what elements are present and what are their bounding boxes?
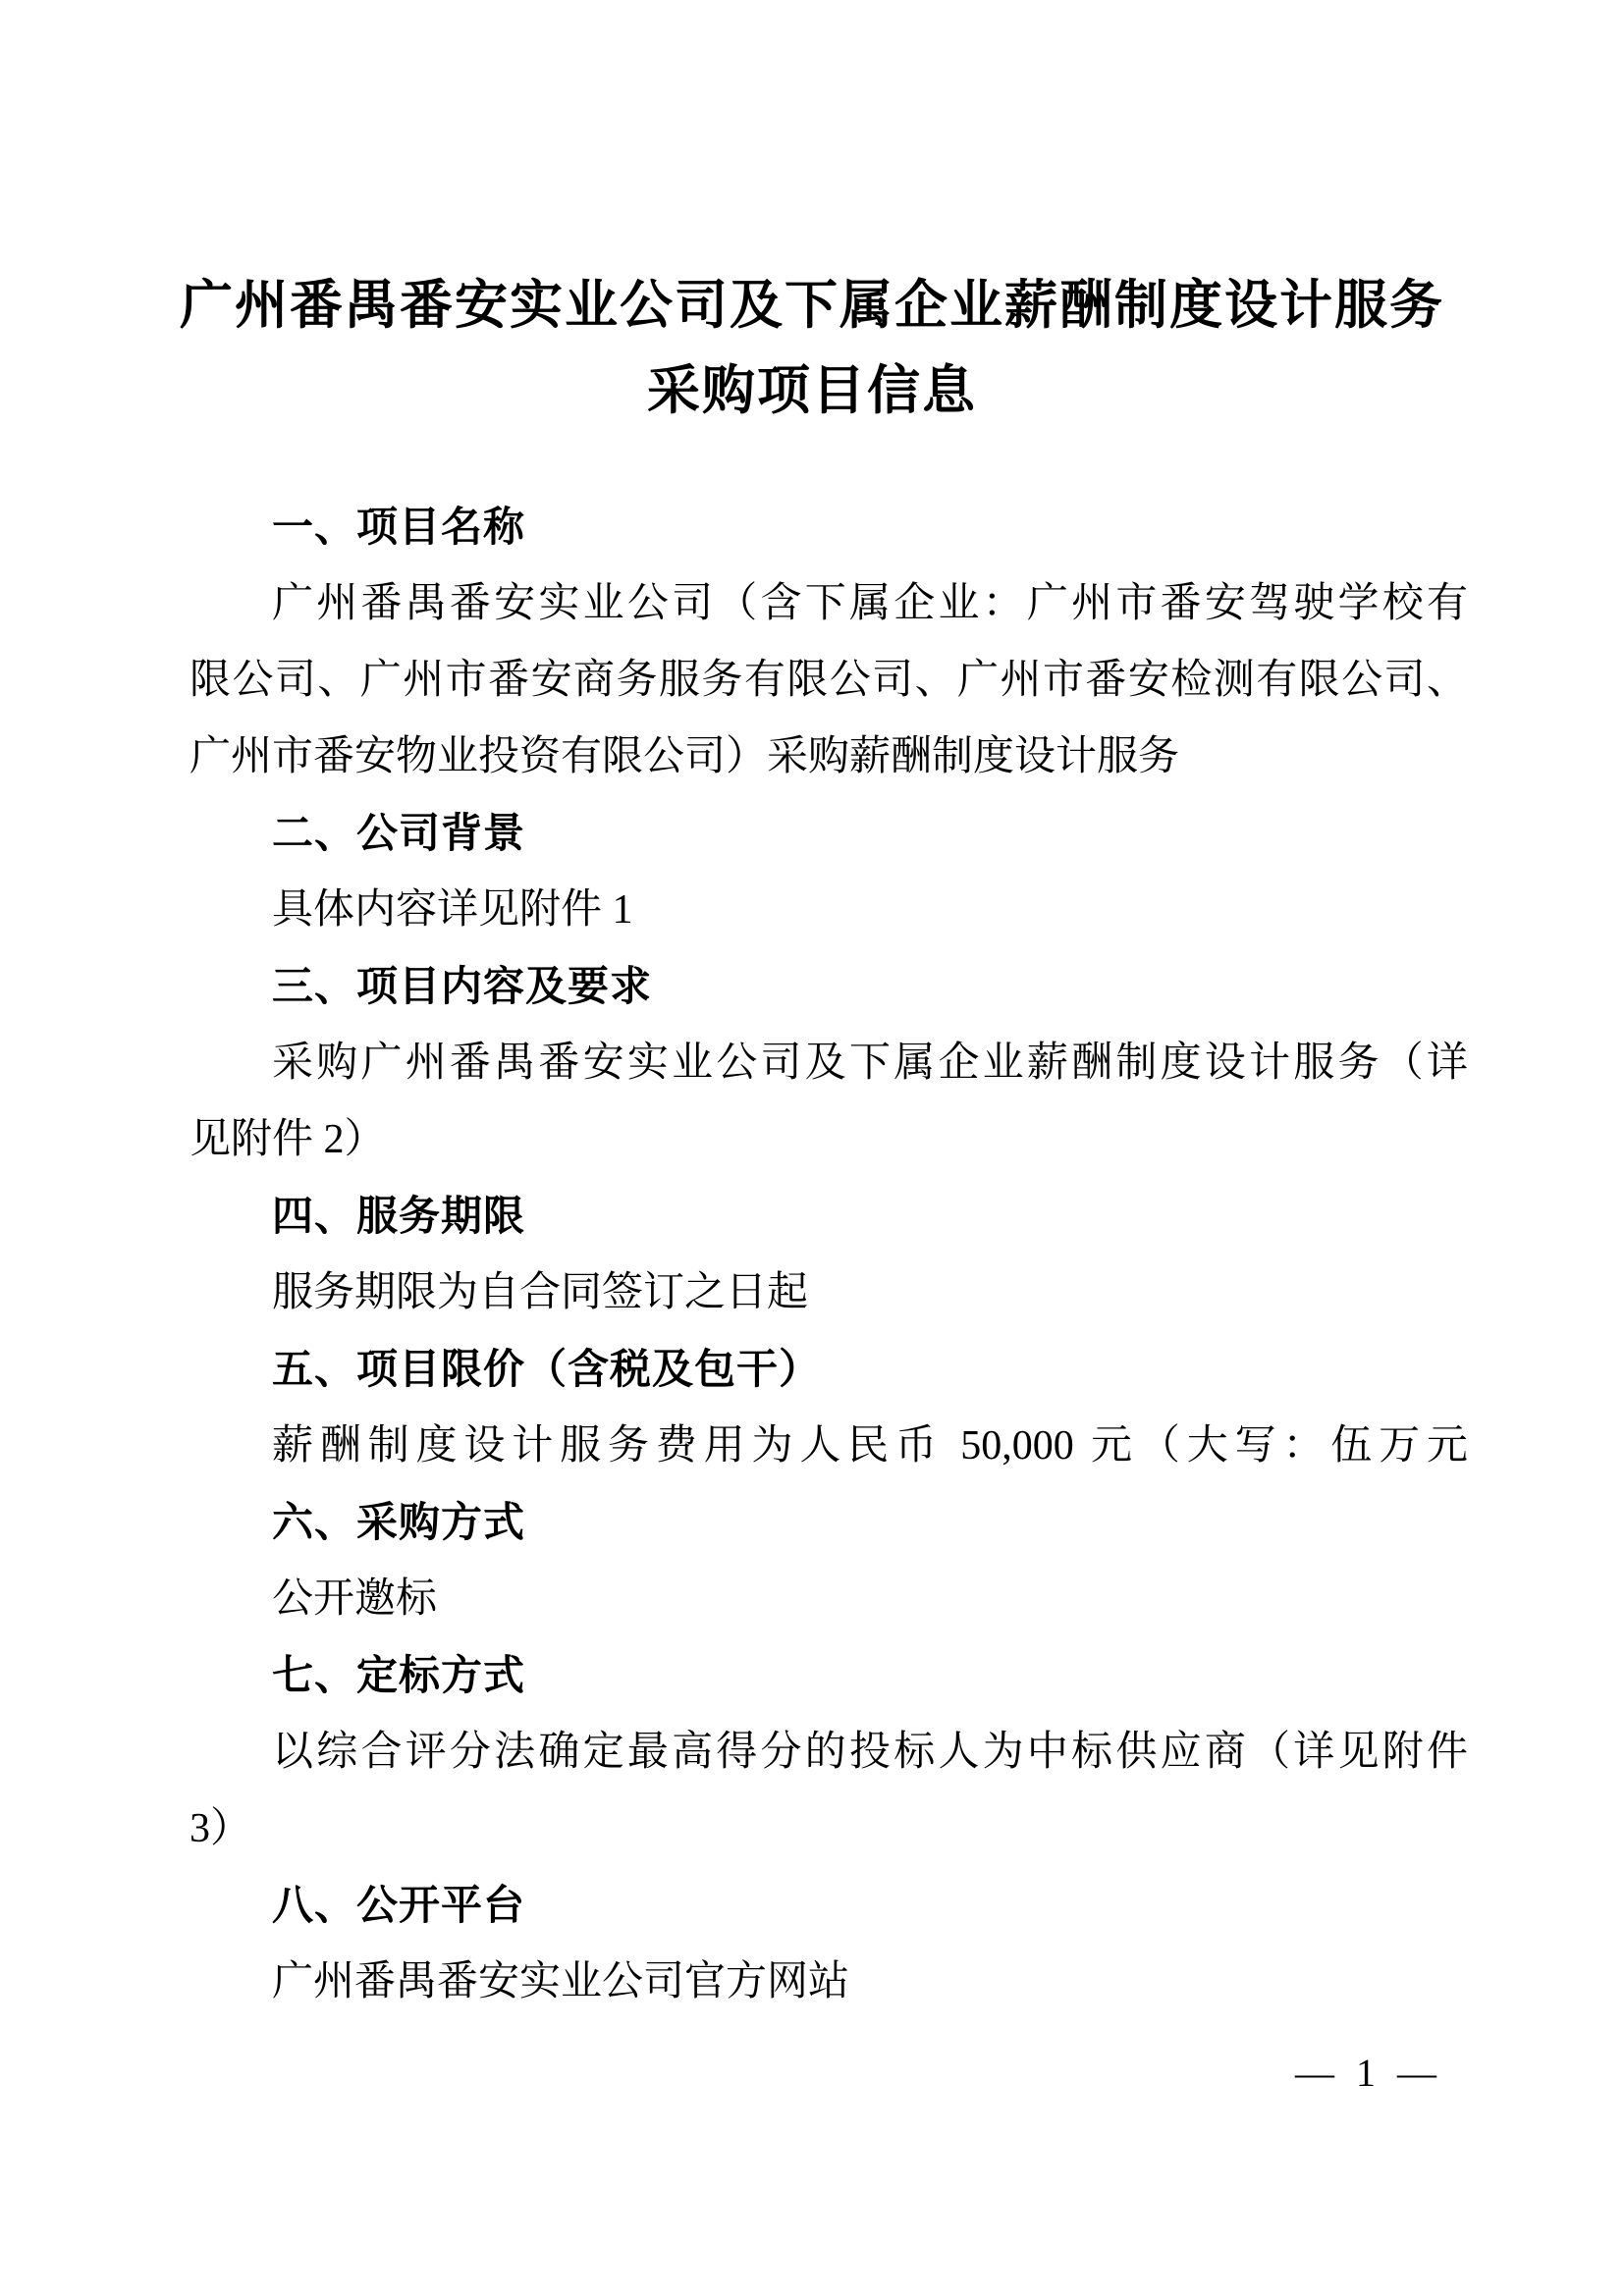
section-heading-2: 二、公司背景: [189, 795, 1468, 872]
section-heading-6: 六、采购方式: [189, 1484, 1468, 1561]
paragraph-line: 广州番禺番安实业公司官方网站: [189, 1944, 1468, 2020]
paragraph-line: 采购广州番禺番安实业公司及下属企业薪酬制度设计服务（详: [189, 1025, 1468, 1101]
paragraph-line: 限公司、广州市番安商务服务有限公司、广州市番安检测有限公司、: [189, 642, 1468, 719]
section-heading-1: 一、项目名称: [189, 489, 1468, 565]
paragraph-line: 3）: [189, 1790, 1468, 1867]
paragraph-line: 公开邀标: [189, 1561, 1468, 1637]
paragraph-line: 服务期限为自合同签订之日起: [189, 1255, 1468, 1331]
section-heading-3: 三、项目内容及要求: [189, 948, 1468, 1025]
section-heading-5: 五、项目限价（含税及包干）: [189, 1331, 1468, 1408]
paragraph-line: 以综合评分法确定最高得分的投标人为中标供应商（详见附件: [189, 1714, 1468, 1790]
page-number: — 1 —: [1295, 2044, 1442, 2103]
section-heading-4: 四、服务期限: [189, 1178, 1468, 1255]
section-heading-7: 七、定标方式: [189, 1637, 1468, 1714]
section-heading-8: 八、公开平台: [189, 1867, 1468, 1944]
paragraph-line: 见附件 2）: [189, 1101, 1468, 1178]
document-title-line-2: 采购项目信息: [0, 348, 1624, 434]
paragraph-line: 薪酬制度设计服务费用为人民币 50,000 元（大写：伍万元: [189, 1408, 1468, 1484]
document-body: 一、项目名称 广州番禺番安实业公司（含下属企业：广州市番安驾驶学校有 限公司、广…: [189, 489, 1468, 2020]
paragraph-line: 具体内容详见附件 1: [189, 872, 1468, 948]
document-title: 广州番禺番安实业公司及下属企业薪酬制度设计服务 采购项目信息: [0, 263, 1624, 434]
document-page: 广州番禺番安实业公司及下属企业薪酬制度设计服务 采购项目信息 一、项目名称 广州…: [0, 0, 1624, 2296]
document-title-line-1: 广州番禺番安实业公司及下属企业薪酬制度设计服务: [0, 263, 1624, 348]
paragraph-line: 广州市番安物业投资有限公司）采购薪酬制度设计服务: [189, 719, 1468, 795]
paragraph-line: 广州番禺番安实业公司（含下属企业：广州市番安驾驶学校有: [189, 565, 1468, 642]
